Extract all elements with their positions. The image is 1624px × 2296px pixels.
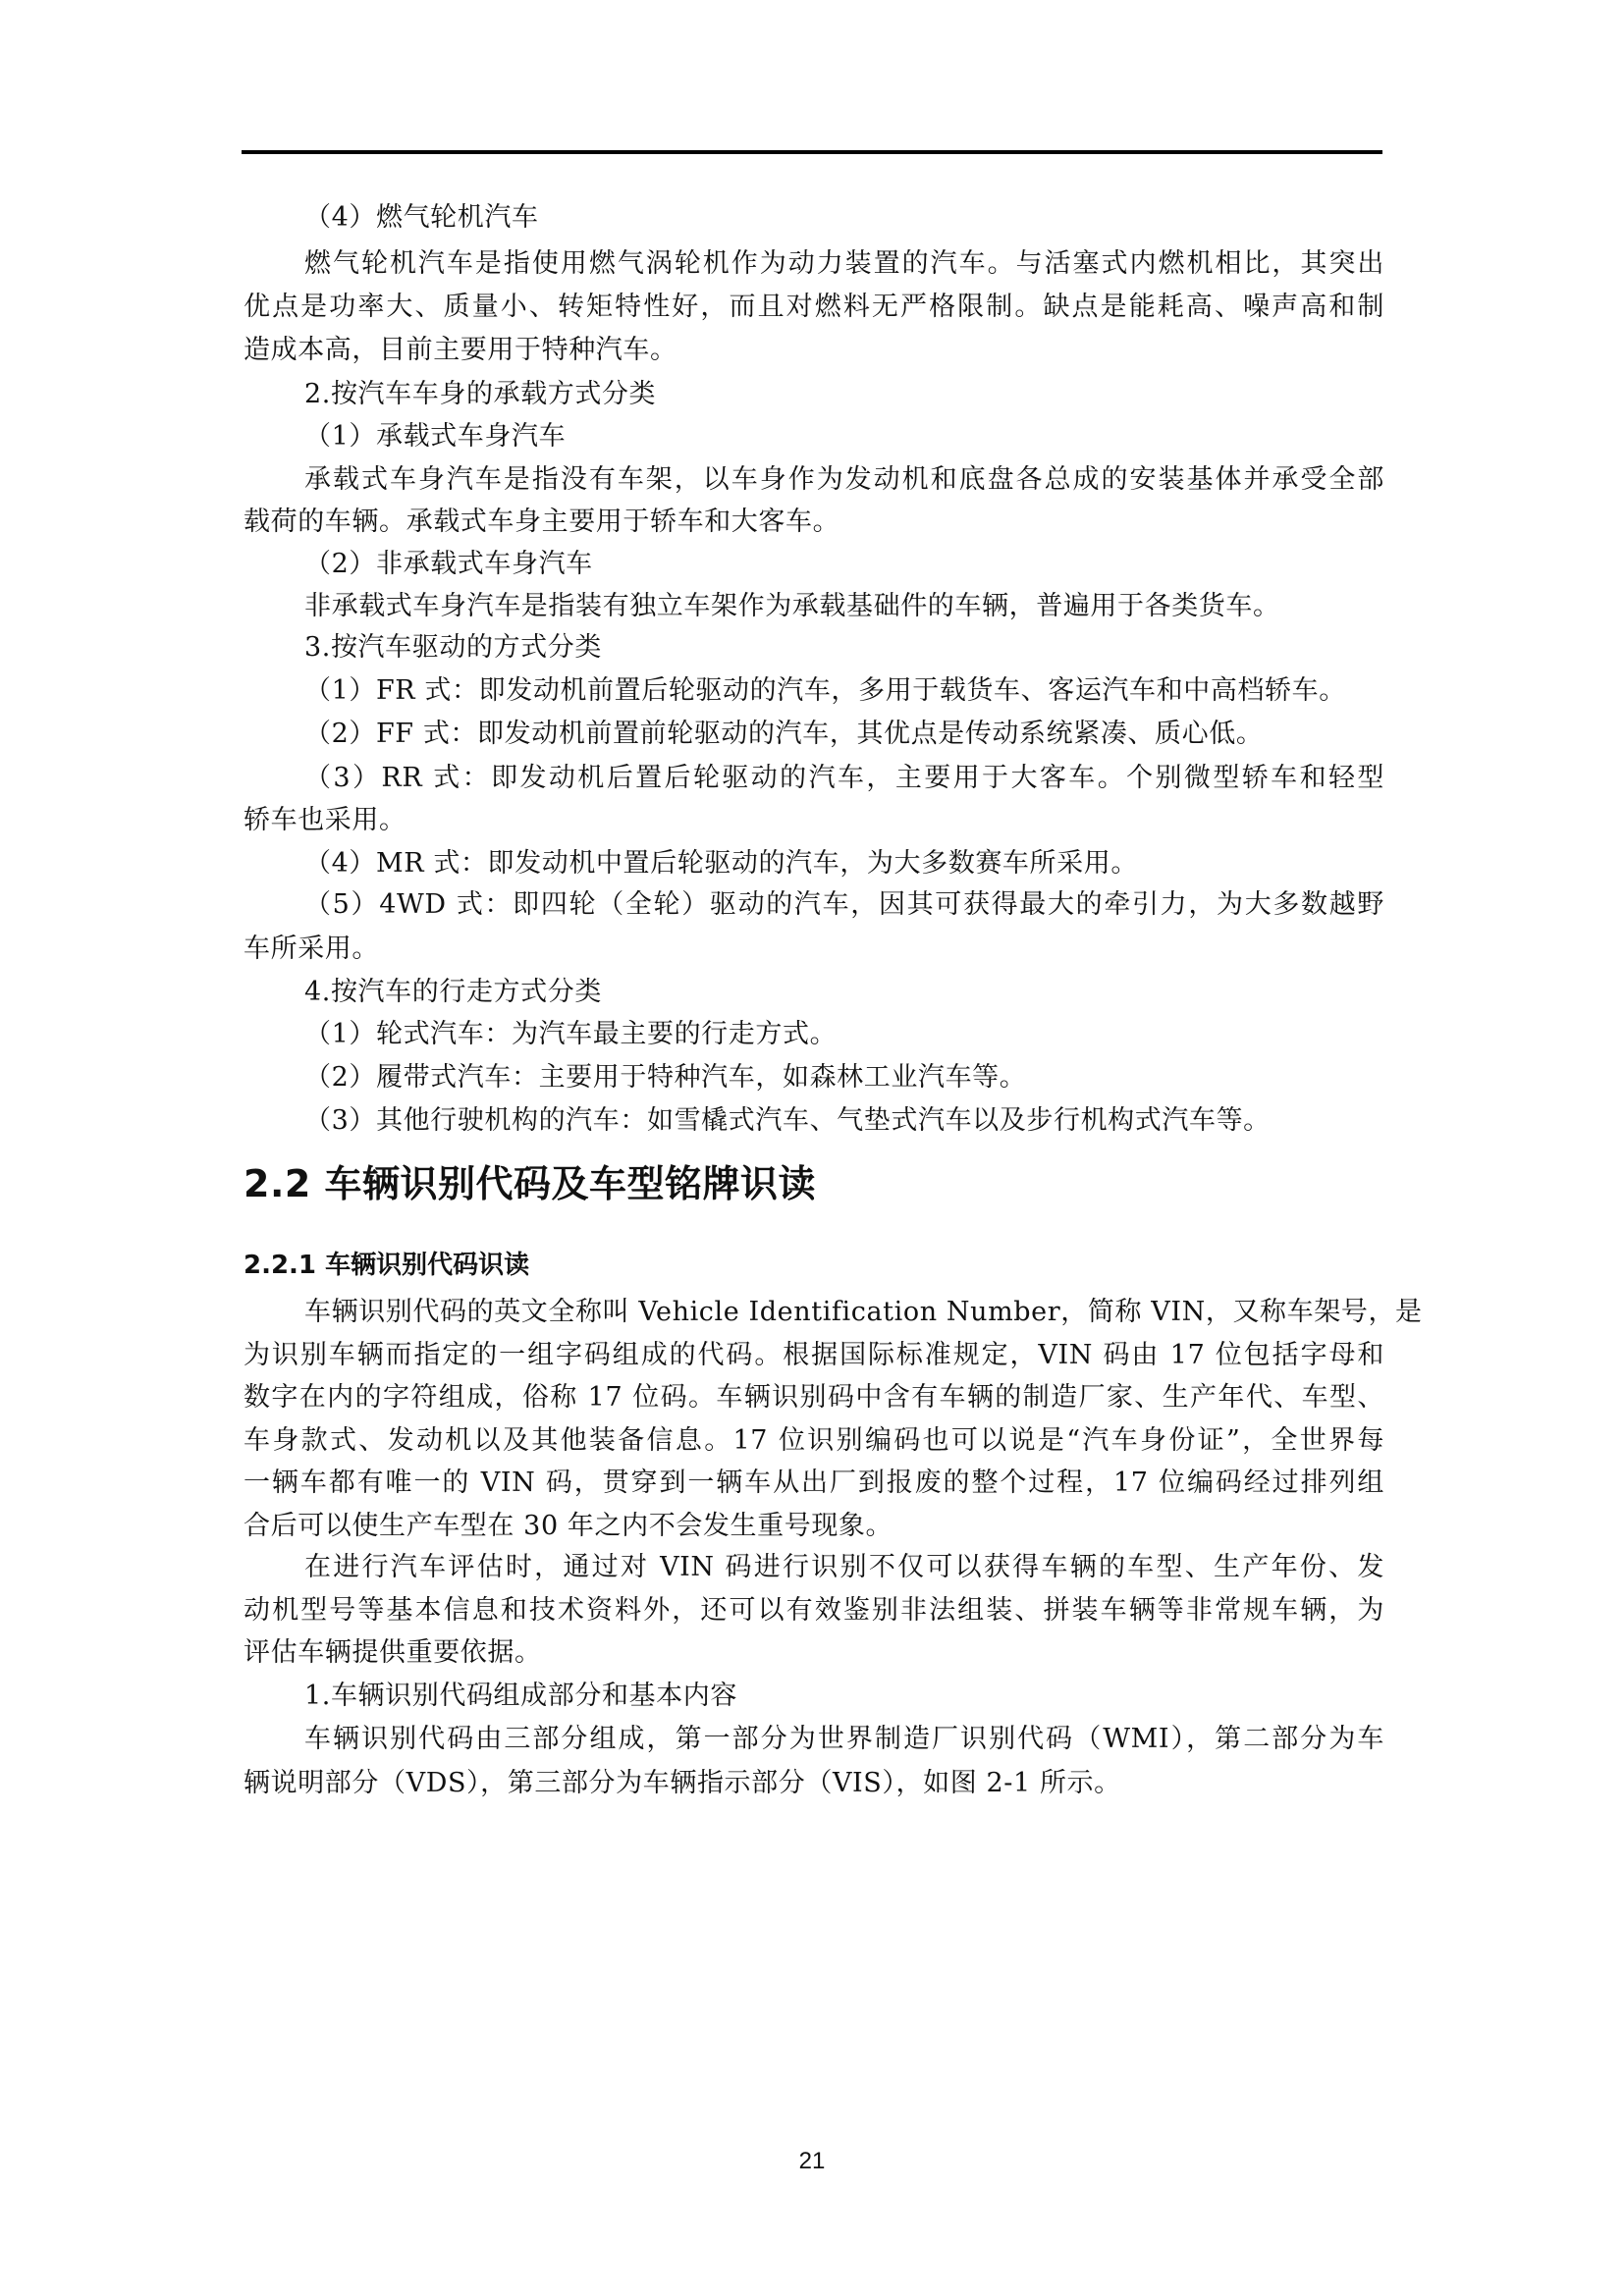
list-item: （3）其他行驶机构的汽车：如雪橇式汽车、气垫式汽车以及步行机构式汽车等。 — [244, 1099, 1384, 1142]
paragraph-line: 动机型号等基本信息和技术资料外，还可以有效鉴别非法组装、拼装车辆等非常规车辆，为 — [244, 1589, 1384, 1631]
list-title-body-type: 2.按汽车车身的承载方式分类 — [244, 373, 1384, 415]
paragraph-line: 为识别车辆而指定的一组字码组成的代码。根据国际标准规定，VIN 码由 17 位包… — [244, 1334, 1384, 1376]
paragraph-line: 在进行汽车评估时，通过对 VIN 码进行识别不仅可以获得车辆的车型、生产年份、发 — [244, 1546, 1384, 1588]
paragraph-line: 燃气轮机汽车是指使用燃气涡轮机作为动力装置的汽车。与活塞式内燃机相比，其突出 — [244, 242, 1384, 285]
list-item-continuation: 车所采用。 — [244, 928, 1384, 970]
paragraph-line: 非承载式车身汽车是指装有独立车架作为承载基础件的车辆，普遍用于各类货车。 — [244, 585, 1384, 627]
subsection-heading-2-2-1: 2.2.1 车辆识别代码识读 — [244, 1248, 529, 1283]
list-item: （3）RR 式：即发动机后置后轮驱动的汽车，主要用于大客车。个别微型轿车和轻型 — [244, 757, 1384, 799]
list-item: （2）履带式汽车：主要用于特种汽车，如森林工业汽车等。 — [244, 1056, 1384, 1098]
paragraph-line: 车辆识别代码由三部分组成，第一部分为世界制造厂识别代码（WMI），第二部分为车 — [244, 1718, 1384, 1760]
paragraph-line: 辆说明部分（VDS），第三部分为车辆指示部分（VIS），如图 2-1 所示。 — [244, 1762, 1384, 1804]
list-title-travel-type: 4.按汽车的行走方式分类 — [244, 971, 1384, 1013]
list-title-vin-components: 1.车辆识别代码组成部分和基本内容 — [244, 1675, 1384, 1717]
paragraph-line: 优点是功率大、质量小、转矩特性好，而且对燃料无严格限制。缺点是能耗高、噪声高和制 — [244, 286, 1384, 328]
paragraph-line: 评估车辆提供重要依据。 — [244, 1631, 1384, 1674]
paragraph-line: 造成本高，目前主要用于特种汽车。 — [244, 329, 1384, 371]
paragraph-line: 车身款式、发动机以及其他装备信息。17 位识别编码也可以说是“汽车身份证”，全世… — [244, 1419, 1384, 1462]
list-item-continuation: 轿车也采用。 — [244, 799, 1384, 841]
subsection-title-gas-turbine: （4）燃气轮机汽车 — [244, 196, 1384, 239]
subsection-title-body-on-frame: （2）非承载式车身汽车 — [244, 543, 1384, 585]
subsection-title-unibody: （1）承载式车身汽车 — [244, 415, 1384, 457]
paragraph-line: 车辆识别代码的英文全称叫 Vehicle Identification Numb… — [244, 1291, 1384, 1333]
paragraph-line: 数字在内的字符组成，俗称 17 位码。车辆识别码中含有车辆的制造厂家、生产年代、… — [244, 1376, 1384, 1418]
list-item: （2）FF 式：即发动机前置前轮驱动的汽车，其优点是传动系统紧凑、质心低。 — [244, 713, 1384, 755]
list-item: （5）4WD 式：即四轮（全轮）驱动的汽车，因其可获得最大的牵引力，为大多数越野 — [244, 883, 1384, 926]
list-title-drive-type: 3.按汽车驱动的方式分类 — [244, 626, 1384, 668]
list-item: （1）轮式汽车：为汽车最主要的行走方式。 — [244, 1013, 1384, 1055]
paragraph-line: 合后可以使生产车型在 30 年之内不会发生重号现象。 — [244, 1505, 1384, 1547]
page-number: 21 — [0, 2148, 1624, 2175]
paragraph-line: 一辆车都有唯一的 VIN 码，贯穿到一辆车从出厂到报废的整个过程，17 位编码经… — [244, 1462, 1384, 1504]
section-heading-2-2: 2.2 车辆识别代码及车型铭牌识读 — [244, 1159, 816, 1208]
header-rule — [242, 150, 1382, 154]
paragraph-line: 承载式车身汽车是指没有车架，以车身作为发动机和底盘各总成的安装基体并承受全部 — [244, 458, 1384, 501]
paragraph-line: 载荷的车辆。承载式车身主要用于轿车和大客车。 — [244, 501, 1384, 543]
list-item: （4）MR 式：即发动机中置后轮驱动的汽车，为大多数赛车所采用。 — [244, 842, 1384, 884]
list-item: （1）FR 式：即发动机前置后轮驱动的汽车，多用于载货车、客运汽车和中高档轿车。 — [244, 669, 1384, 712]
